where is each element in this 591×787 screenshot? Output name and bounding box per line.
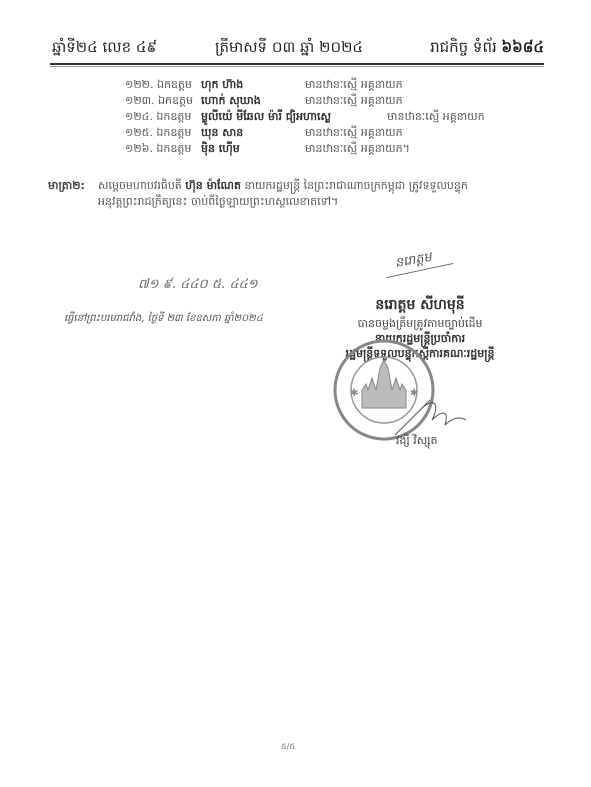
svg-text:✱: ✱: [350, 388, 358, 399]
year-issue: ឆ្នាំទី២៤ លេខ ៤៩: [52, 38, 157, 60]
item-number: ១២៦. ឯកឧត្តម: [125, 142, 191, 158]
king-name: នរោត្តម សីហមុនី: [300, 295, 540, 316]
signer-name: វង្សី វិស្សុត: [396, 434, 437, 450]
gazette-page-number: ៦៦៨៤: [502, 38, 544, 56]
article-body: សម្ដេចមហាបវរធិបតី ហ៊ុន ម៉ាណែត នាយករដ្ឋមន…: [98, 178, 548, 210]
article-text-line2: អនុវត្តព្រះរាជក្រឹត្យនេះ ចាប់ពីថ្ងៃឡាយព្…: [98, 195, 338, 208]
item-title: មានឋានៈស្មើ អគ្គនាយក។: [305, 142, 410, 158]
article-2: មាត្រា២: សម្ដេចមហាបវរធិបតី ហ៊ុន ម៉ាណែត ន…: [48, 178, 548, 210]
item-title: មានឋានៈស្មើ អគ្គនាយក: [305, 126, 403, 142]
article-name: ហ៊ុន ម៉ាណែត: [185, 179, 241, 192]
article-label: មាត្រា២:: [48, 178, 85, 194]
gazette-label: រាជកិច្ច ទំព័រ: [430, 38, 497, 56]
article-text: សម្ដេចមហាបវរធិបតី: [98, 179, 182, 192]
quarter-label: ត្រីមាសទី ០៣ ឆ្នាំ ២០២៤: [215, 38, 363, 60]
item-number: ១២៤. ឯកឧត្តម: [125, 110, 191, 126]
handwritten-reference: ៧១ ៩. ៤៤០ ៥. ៤៤១: [138, 276, 258, 295]
page-footer: ៥/៥: [281, 741, 295, 753]
certified-copy: បានចម្លងត្រឹមត្រូវតាមច្បាប់ដើម: [300, 316, 540, 331]
item-name: ម្លូលីយ៉េ មីឆែល ម៉ារី ជ្យិអហាស្លេ: [201, 110, 331, 126]
gazette-header: ឆ្នាំទី២៤ លេខ ៤៩ ត្រីមាសទី ០៣ ឆ្នាំ ២០២៤…: [50, 38, 544, 60]
item-number: ១២៣. ឯកឧត្តម: [125, 94, 193, 110]
header-rule: [50, 63, 544, 65]
item-name: ឃុន សាន: [201, 126, 243, 142]
gazette-page: រាជកិច្ច ទំព័រ ៦៦៨៤: [430, 38, 544, 60]
header-rule-thin: [50, 66, 544, 67]
item-title: មានឋានៈស្មើ អគ្គនាយក: [305, 78, 403, 94]
item-number: ១២២. ឯកឧត្តម: [125, 78, 192, 94]
item-title: មានឋានៈស្មើ អគ្គនាយក: [305, 94, 403, 110]
place-date: ធ្វើនៅព្រះបរមរាជវាំង, ថ្ងៃទី ២៣ ខែឧសភា ឆ…: [64, 311, 263, 326]
item-number: ១២៥. ឯកឧត្តម: [125, 126, 191, 142]
item-name: ហុក ហ៊ាង: [201, 78, 243, 94]
article-text: នាយករដ្ឋមន្ត្រី នៃព្រះរាជាណាចក្រកម្ពុជា …: [244, 179, 467, 192]
handwritten-signature: [390, 390, 470, 440]
item-name: ម៉ិន ហ៊ើម: [201, 142, 240, 158]
item-name: ហោក់ សុឃាង: [201, 94, 261, 110]
item-title: មានឋានៈស្មើ អគ្គនាយក: [387, 110, 485, 126]
